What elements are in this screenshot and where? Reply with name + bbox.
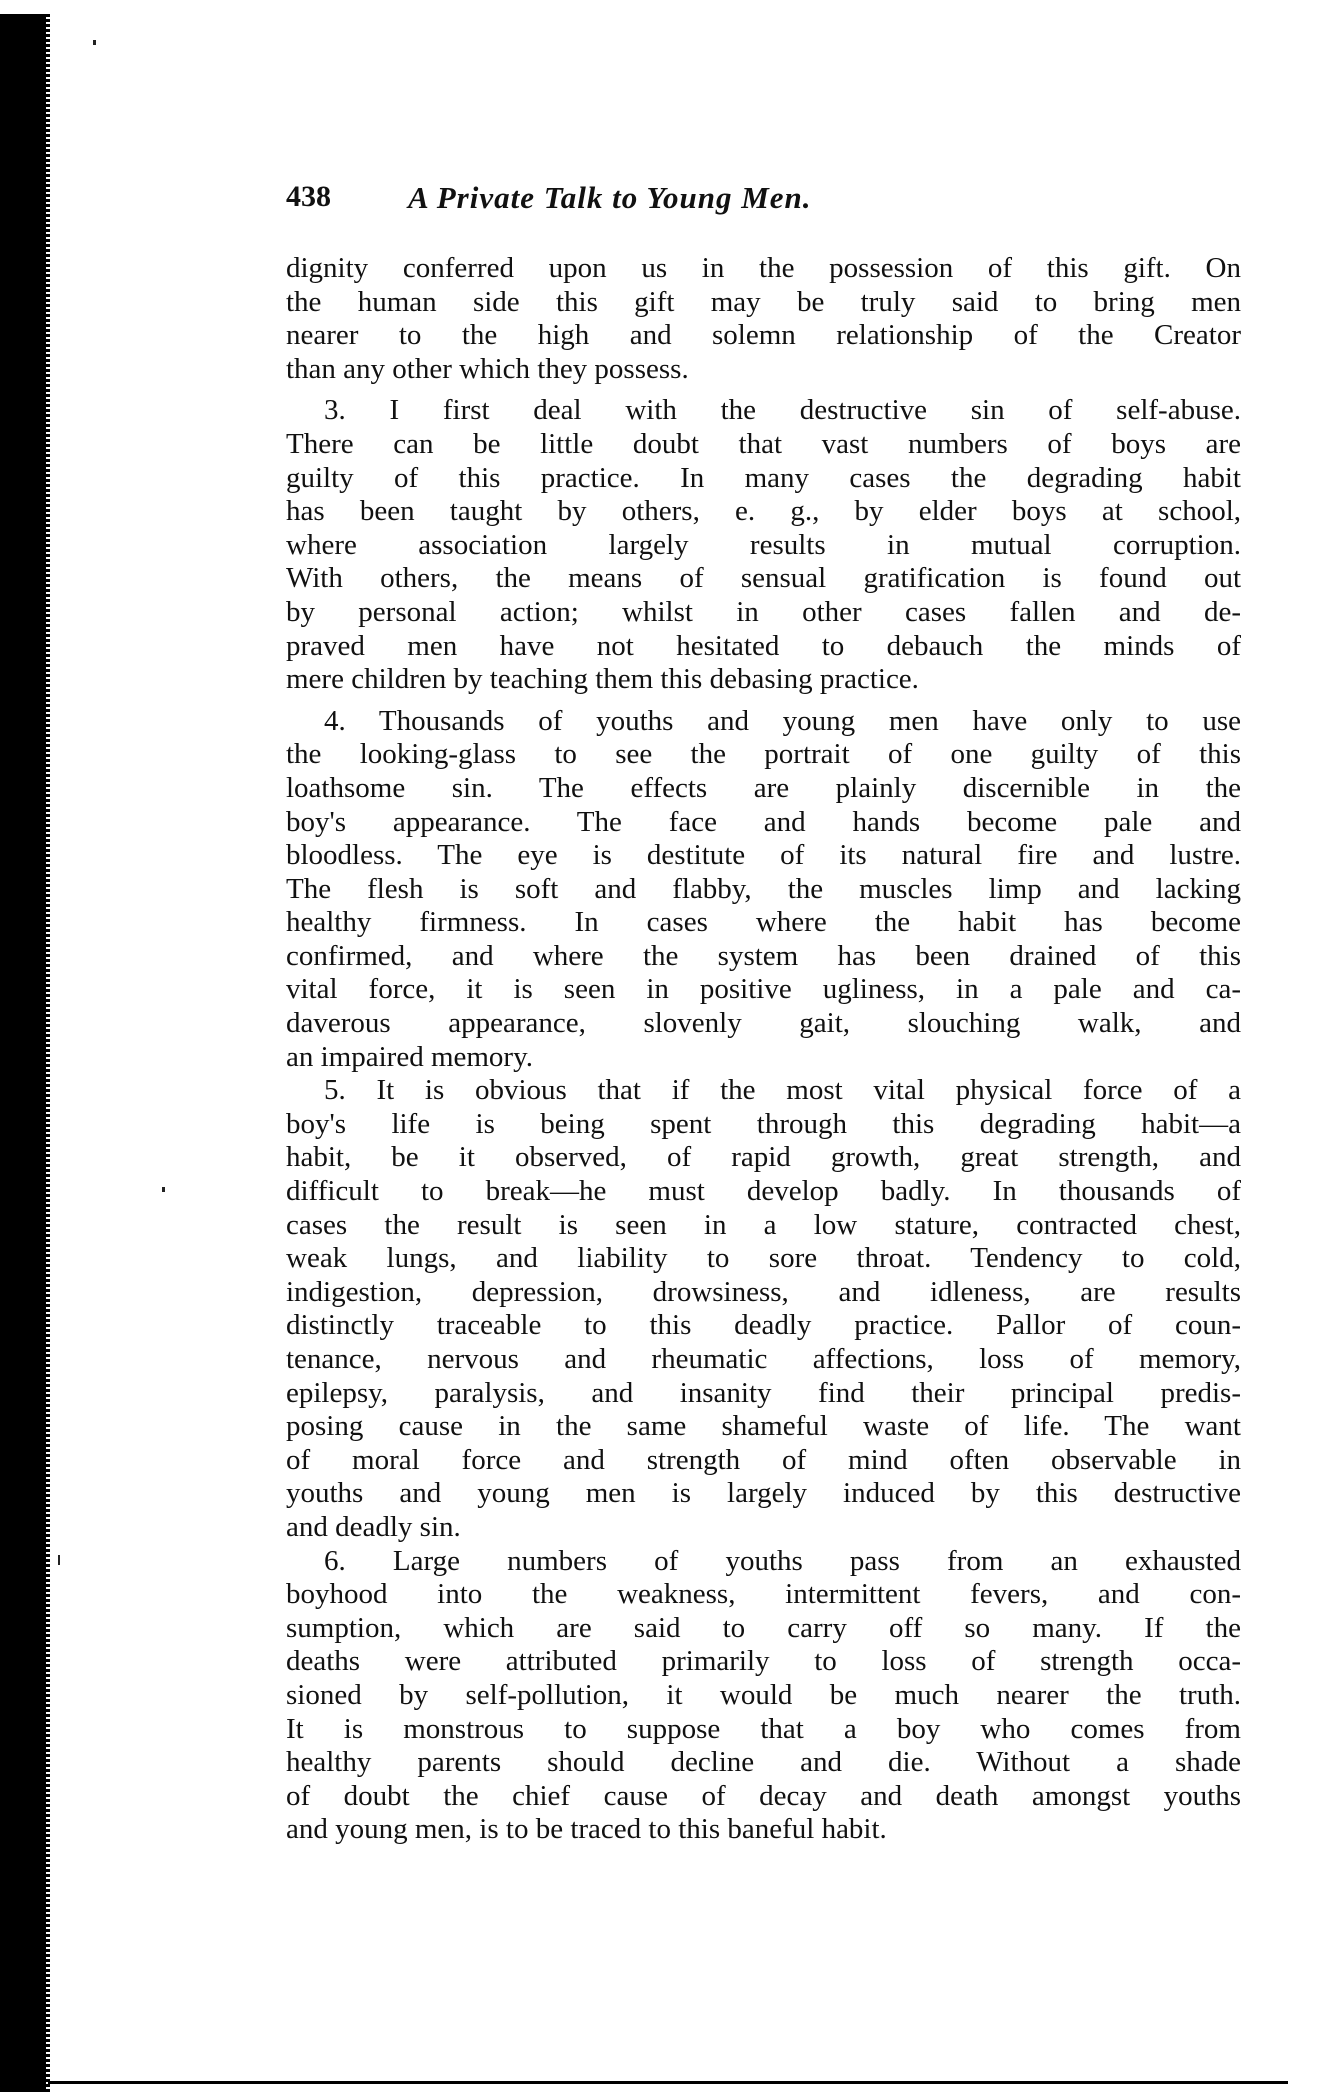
scan-bottom-edge — [48, 2081, 1288, 2084]
running-title: A Private Talk to Young Men. — [408, 180, 812, 216]
text-line: dignity conferred upon us in the possess… — [286, 252, 1241, 286]
text-line: habit, be it observed, of rapid growth, … — [286, 1141, 1241, 1175]
text-line: the looking-glass to see the portrait of… — [286, 738, 1241, 772]
text-line: has been taught by others, e. g., by eld… — [286, 495, 1241, 529]
text-line: distinctly traceable to this deadly prac… — [286, 1309, 1241, 1343]
scan-binding-shadow — [0, 14, 48, 2092]
text-line: mere children by teaching them this deba… — [286, 663, 1241, 697]
text-line: of doubt the chief cause of decay and de… — [286, 1780, 1241, 1814]
text-line: and young men, is to be traced to this b… — [286, 1813, 1241, 1847]
text-line: nearer to the high and solemn relationsh… — [286, 319, 1241, 353]
text-line: of moral force and strength of mind ofte… — [286, 1444, 1241, 1478]
text-line: healthy firmness. In cases where the hab… — [286, 906, 1241, 940]
paragraph-4: 4. Thousands of youths and young men hav… — [286, 705, 1241, 1075]
text-line: loathsome sin. The effects are plainly d… — [286, 772, 1241, 806]
text-line: where association largely results in mut… — [286, 529, 1241, 563]
text-line: by personal action; whilst in other case… — [286, 596, 1241, 630]
text-line: confirmed, and where the system has been… — [286, 940, 1241, 974]
text-line: 6. Large numbers of youths pass from an … — [286, 1545, 1241, 1579]
scan-speck — [93, 40, 96, 45]
text-line: difficult to break—he must develop badly… — [286, 1175, 1241, 1209]
text-line: deaths were attributed primarily to loss… — [286, 1645, 1241, 1679]
text-line: daverous appearance, slovenly gait, slou… — [286, 1007, 1241, 1041]
paragraph-6: 6. Large numbers of youths pass from an … — [286, 1545, 1241, 1847]
text-line: bloodless. The eye is destitute of its n… — [286, 839, 1241, 873]
scan-speck — [162, 1187, 165, 1192]
text-line: The flesh is soft and flabby, the muscle… — [286, 873, 1241, 907]
text-line: and deadly sin. — [286, 1511, 1241, 1545]
text-line: cases the result is seen in a low statur… — [286, 1209, 1241, 1243]
text-line: than any other which they possess. — [286, 353, 1241, 387]
text-line: tenance, nervous and rheumatic affection… — [286, 1343, 1241, 1377]
text-line: sumption, which are said to carry off so… — [286, 1612, 1241, 1646]
text-line: boy's appearance. The face and hands bec… — [286, 806, 1241, 840]
paragraph-3: 3. I first deal with the destructive sin… — [286, 394, 1241, 696]
text-line: sioned by self-pollution, it would be mu… — [286, 1679, 1241, 1713]
scan-binding-edge — [46, 14, 50, 2092]
text-line: indigestion, depression, drowsiness, and… — [286, 1276, 1241, 1310]
scan-speck — [58, 1555, 60, 1565]
page-header: 438 A Private Talk to Young Men. — [286, 180, 1241, 220]
text-line: 4. Thousands of youths and young men hav… — [286, 705, 1241, 739]
text-line: It is monstrous to suppose that a boy wh… — [286, 1713, 1241, 1747]
text-line: boy's life is being spent through this d… — [286, 1108, 1241, 1142]
text-line: epilepsy, paralysis, and insanity find t… — [286, 1377, 1241, 1411]
text-line: With others, the means of sensual gratif… — [286, 562, 1241, 596]
text-line: youths and young men is largely induced … — [286, 1477, 1241, 1511]
text-line: the human side this gift may be truly sa… — [286, 286, 1241, 320]
text-line: There can be little doubt that vast numb… — [286, 428, 1241, 462]
text-line: posing cause in the same shameful waste … — [286, 1410, 1241, 1444]
page-number: 438 — [286, 180, 331, 214]
text-line: 5. It is obvious that if the most vital … — [286, 1074, 1241, 1108]
text-line: vital force, it is seen in positive ugli… — [286, 973, 1241, 1007]
text-line: 3. I first deal with the destructive sin… — [286, 394, 1241, 428]
text-line: an impaired memory. — [286, 1041, 1241, 1075]
paragraph-continuation: dignity conferred upon us in the possess… — [286, 252, 1241, 386]
paragraph-5: 5. It is obvious that if the most vital … — [286, 1074, 1241, 1544]
text-line: healthy parents should decline and die. … — [286, 1746, 1241, 1780]
text-line: guilty of this practice. In many cases t… — [286, 462, 1241, 496]
text-line: weak lungs, and liability to sore throat… — [286, 1242, 1241, 1276]
text-line: boyhood into the weakness, intermittent … — [286, 1578, 1241, 1612]
text-line: praved men have not hesitated to debauch… — [286, 630, 1241, 664]
page-body: dignity conferred upon us in the possess… — [286, 252, 1241, 1847]
